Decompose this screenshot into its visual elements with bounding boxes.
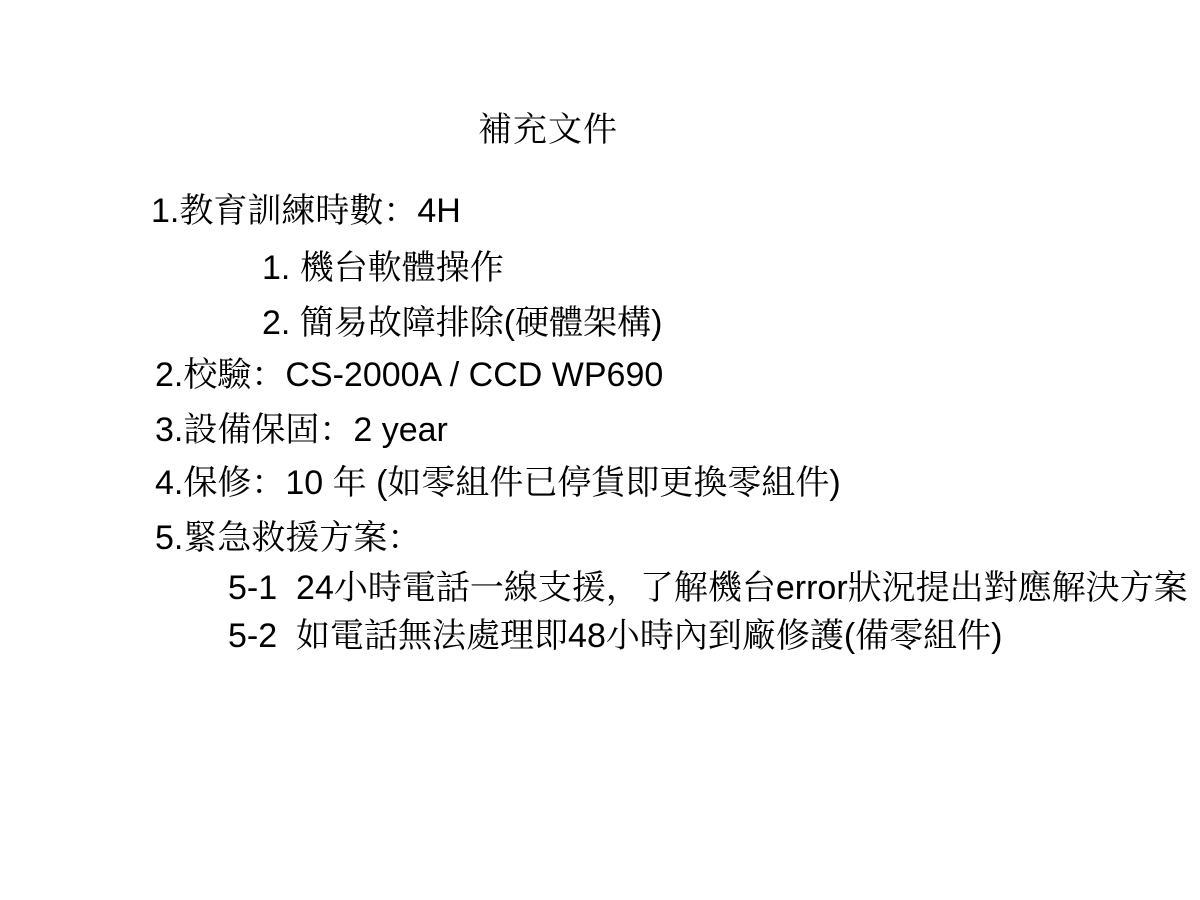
- list-item-4-maintenance: 4.保修：10 年 (如零組件已停貨即更換零組件): [155, 466, 841, 500]
- page-title: 補充文件: [478, 113, 618, 147]
- list-subitem-1-1-software-operation: 1. 機台軟體操作: [262, 251, 504, 285]
- list-subitem-1-2-troubleshooting: 2. 簡易故障排除(硬體架構): [262, 306, 662, 340]
- list-subitem-5-1-phone-support: 5-1 24小時電話一線支援，了解機台error狀況提出對應解決方案: [228, 571, 1188, 605]
- list-item-5-emergency-plan: 5.緊急救援方案：: [155, 521, 421, 555]
- list-subitem-5-2-onsite-repair: 5-2 如電話無法處理即48小時內到廠修護(備零組件): [228, 619, 1003, 653]
- slide-canvas: 補充文件 1.教育訓練時數：4H 1. 機台軟體操作 2. 簡易故障排除(硬體架…: [0, 0, 1200, 900]
- list-item-3-warranty: 3.設備保固：2 year: [155, 413, 448, 447]
- list-item-1-training-hours: 1.教育訓練時數：4H: [151, 194, 461, 228]
- list-item-2-calibration: 2.校驗：CS-2000A / CCD WP690: [155, 358, 663, 392]
